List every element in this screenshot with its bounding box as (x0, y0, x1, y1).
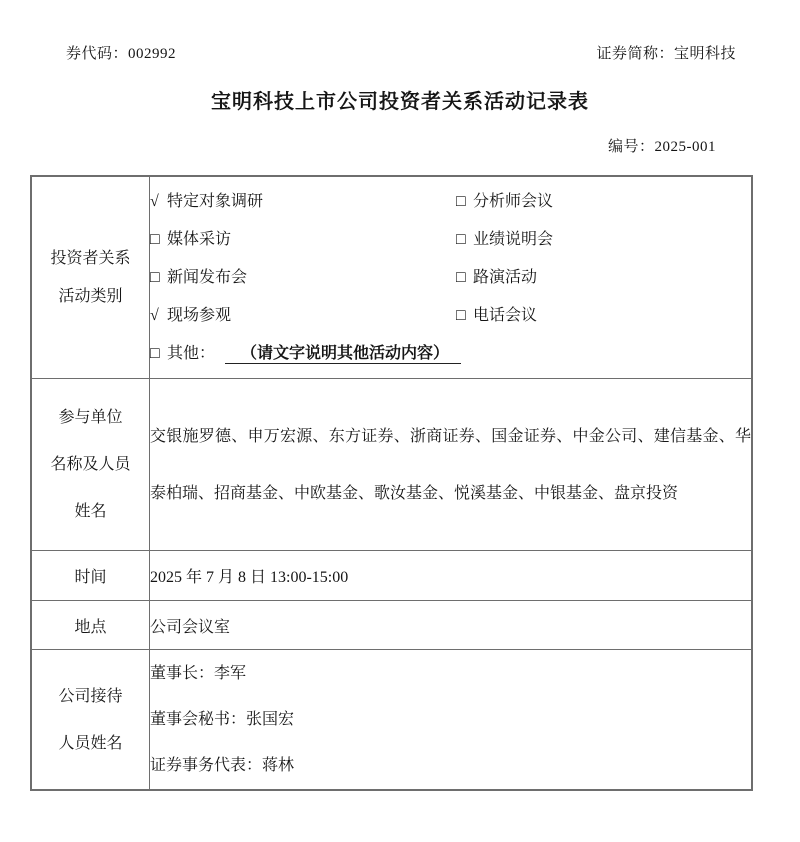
checkbox-item: √现场参观 (150, 297, 456, 335)
location-cell: 公司会议室 (150, 601, 753, 650)
checkbox-unchecked-icon: □ (150, 335, 167, 373)
checkbox-unchecked-icon: □ (456, 259, 473, 297)
row-header-line: 人员姓名 (32, 720, 149, 767)
checkbox-grid: √特定对象调研 □分析师会议 □媒体采访 □业绩说明会 □新闻发布会 (150, 183, 751, 335)
table-row-reception: 公司接待 人员姓名 董事长：李军 董事会秘书：张国宏 证券事务代表：蒋林 (31, 650, 752, 791)
row-header-line: 名称及人员 (32, 441, 149, 488)
document-page: 券代码：002992 证券简称：宝明科技 宝明科技上市公司投资者关系活动记录表 … (0, 0, 800, 842)
document-number: 编号：2025-001 (608, 135, 716, 156)
checkbox-unchecked-icon: □ (456, 221, 473, 259)
checkbox-unchecked-icon: □ (150, 221, 167, 259)
checkbox-checked-icon: √ (150, 297, 167, 335)
checkbox-label: 业绩说明会 (473, 231, 553, 248)
row-header-line: 公司接待 (32, 673, 149, 720)
checkbox-item: □业绩说明会 (456, 221, 751, 259)
activity-type-cell: √特定对象调研 □分析师会议 □媒体采访 □业绩说明会 □新闻发布会 (150, 176, 753, 379)
checkbox-label: 媒体采访 (167, 231, 231, 248)
row-header-line: 姓名 (32, 488, 149, 535)
row-header-activity-type: 投资者关系 活动类别 (31, 176, 150, 379)
checkbox-label: 电话会议 (473, 307, 537, 324)
checkbox-item: □路演活动 (456, 259, 751, 297)
checkbox-item: □新闻发布会 (150, 259, 456, 297)
checkbox-item-other: □其他：（请文字说明其他活动内容） (150, 335, 751, 373)
row-header-time: 时间 (31, 551, 150, 601)
other-label: 其他： (167, 345, 215, 362)
reception-cell: 董事长：李军 董事会秘书：张国宏 证券事务代表：蒋林 (150, 650, 753, 791)
checkbox-label: 分析师会议 (473, 193, 553, 210)
checkbox-item: √特定对象调研 (150, 183, 456, 221)
row-header-location: 地点 (31, 601, 150, 650)
checkbox-item: □电话会议 (456, 297, 751, 335)
table-row-location: 地点 公司会议室 (31, 601, 752, 650)
reception-line: 董事长：李军 (150, 651, 751, 697)
checkbox-item: □媒体采访 (150, 221, 456, 259)
row-header-line: 地点 (32, 614, 149, 637)
checkbox-label: 特定对象调研 (167, 193, 263, 210)
stock-name-text: 证券简称：宝明科技 (596, 42, 736, 63)
checkbox-unchecked-icon: □ (456, 183, 473, 221)
row-header-line: 时间 (32, 564, 149, 587)
row-header-line: 投资者关系 (32, 240, 149, 278)
row-header-line: 活动类别 (32, 278, 149, 316)
checkbox-label: 路演活动 (473, 269, 537, 286)
record-table: 投资者关系 活动类别 √特定对象调研 □分析师会议 □媒体采访 □业绩说明会 (30, 175, 753, 791)
other-note-underline: （请文字说明其他活动内容） (225, 345, 461, 364)
time-cell: 2025 年 7 月 8 日 13:00-15:00 (150, 551, 753, 601)
participants-text: 交银施罗德、申万宏源、东方证券、浙商证券、国金证券、中金公司、建信基金、华泰柏瑞… (150, 408, 751, 522)
reception-line: 董事会秘书：张国宏 (150, 697, 751, 743)
reception-line: 证券事务代表：蒋林 (150, 743, 751, 789)
table-row-activity-type: 投资者关系 活动类别 √特定对象调研 □分析师会议 □媒体采访 □业绩说明会 (31, 176, 752, 379)
checkbox-item: □分析师会议 (456, 183, 751, 221)
participants-cell: 交银施罗德、申万宏源、东方证券、浙商证券、国金证券、中金公司、建信基金、华泰柏瑞… (150, 379, 753, 551)
table-row-participants: 参与单位 名称及人员 姓名 交银施罗德、申万宏源、东方证券、浙商证券、国金证券、… (31, 379, 752, 551)
stock-code-text: 券代码：002992 (66, 42, 176, 63)
row-header-line: 参与单位 (32, 394, 149, 441)
document-title: 宝明科技上市公司投资者关系活动记录表 (0, 85, 800, 114)
checkbox-label: 新闻发布会 (167, 269, 247, 286)
checkbox-unchecked-icon: □ (150, 259, 167, 297)
row-header-participants: 参与单位 名称及人员 姓名 (31, 379, 150, 551)
checkbox-label: 现场参观 (167, 307, 231, 324)
checkbox-unchecked-icon: □ (456, 297, 473, 335)
checkbox-checked-icon: √ (150, 183, 167, 221)
table-row-time: 时间 2025 年 7 月 8 日 13:00-15:00 (31, 551, 752, 601)
row-header-reception: 公司接待 人员姓名 (31, 650, 150, 791)
